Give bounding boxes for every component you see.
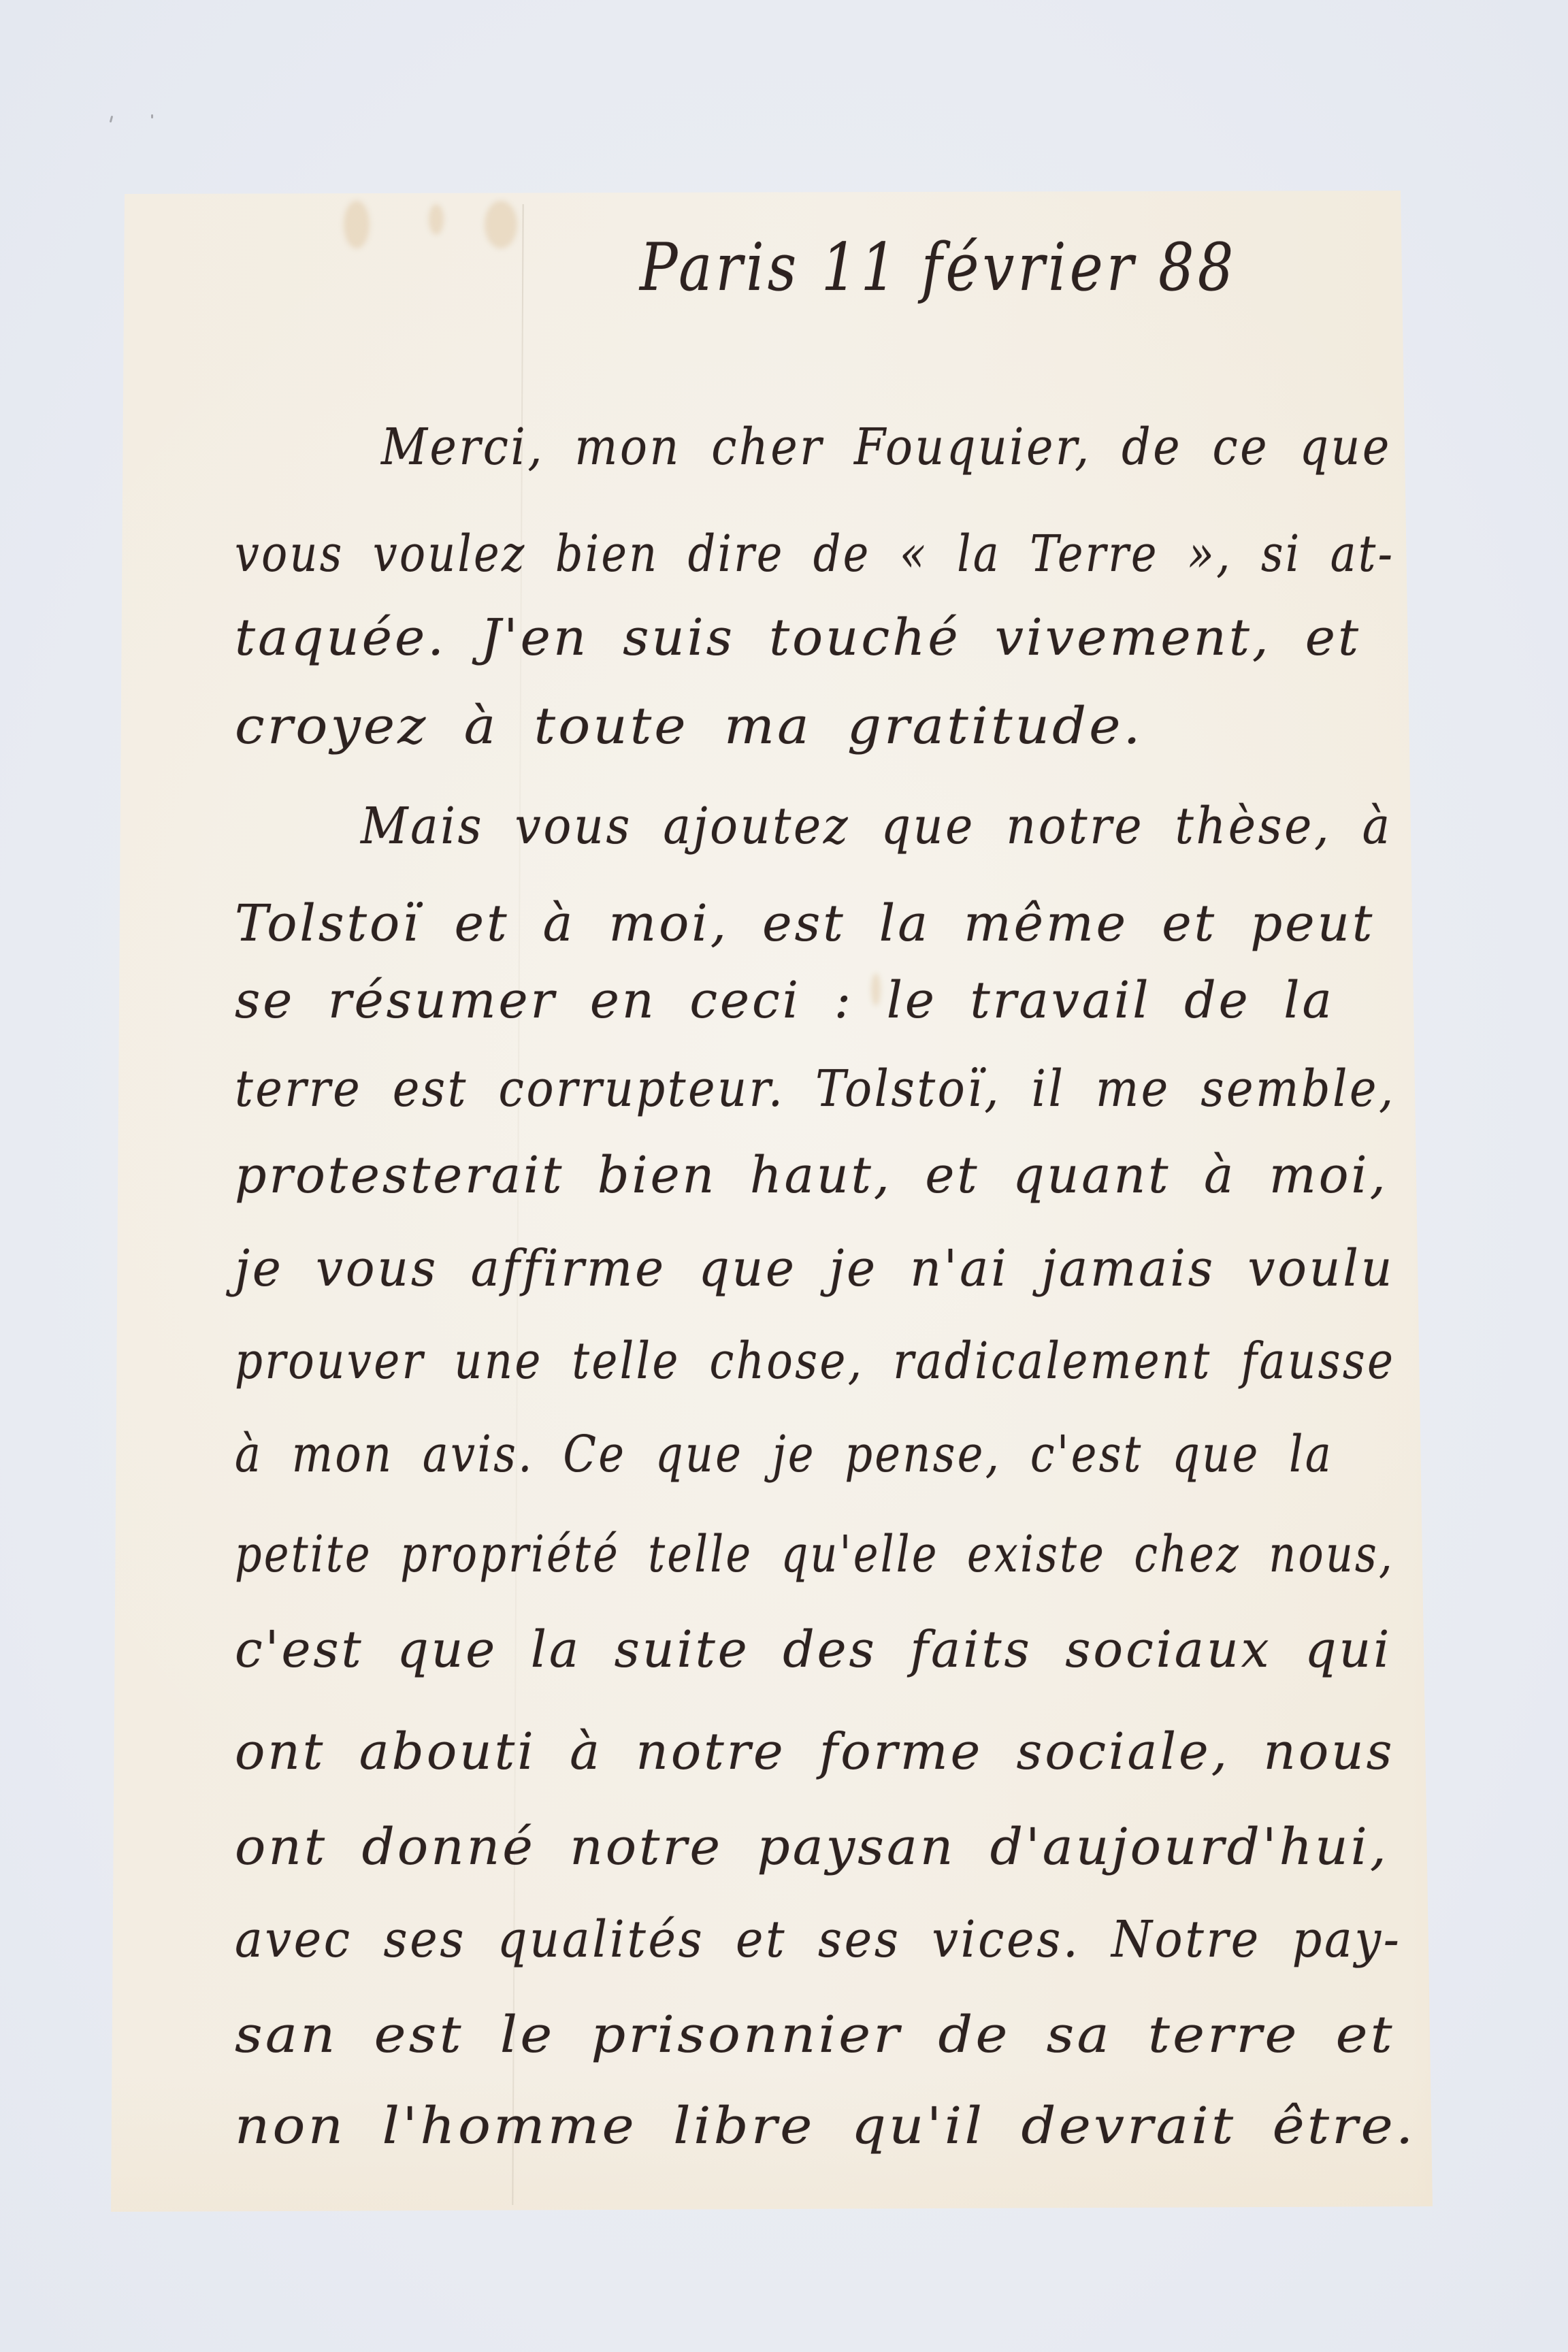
background-speck [110, 116, 113, 122]
letter-line: non l'homme libre qu'il devrait être. [235, 2101, 1416, 2151]
letter-line: petite propriété telle qu'elle existe ch… [235, 1529, 1394, 1580]
paper-stain [429, 204, 444, 235]
letter-line: c'est que la suite des faits sociaux qui [235, 1624, 1392, 1675]
paper-stain [485, 201, 517, 248]
letter-line: Merci, mon cher Fouquier, de ce que [381, 422, 1392, 472]
letter-line: protesterait bien haut, et quant à moi, [235, 1150, 1388, 1200]
letter-line: vous voulez bien dire de « la Terre », s… [235, 529, 1394, 579]
letter-line: san est le prisonnier de sa terre et [235, 2010, 1395, 2060]
letter-line: ont donné notre paysan d'aujourd'hui, [235, 1822, 1389, 1872]
letter-line: prouver une telle chose, radicalement fa… [235, 1336, 1395, 1386]
letter-line: taquée. J'en suis touché vivement, et [235, 612, 1361, 663]
background-speck [151, 114, 153, 118]
paper-stain [344, 201, 370, 248]
letter-date: Paris 11 février 88 [640, 235, 1237, 300]
letter-line: à mon avis. Ce que je pense, c'est que l… [235, 1429, 1333, 1480]
letter-line: se résumer en ceci : le travail de la [235, 975, 1335, 1026]
letter-line: terre est corrupteur. Tolstoï, il me sem… [235, 1064, 1396, 1114]
letter-line: je vous affirme que je n'ai jamais voulu [235, 1243, 1394, 1294]
letter-line: croyez à toute ma gratitude. [235, 701, 1143, 751]
letter-line: avec ses qualités et ses vices. Notre pa… [235, 1914, 1402, 1965]
letter-line: Tolstoï et à moi, est la même et peut [235, 898, 1375, 949]
letter-line: ont abouti à notre forme sociale, nous [235, 1727, 1394, 1777]
letter-line: Mais vous ajoutez que notre thèse, à [361, 801, 1392, 851]
